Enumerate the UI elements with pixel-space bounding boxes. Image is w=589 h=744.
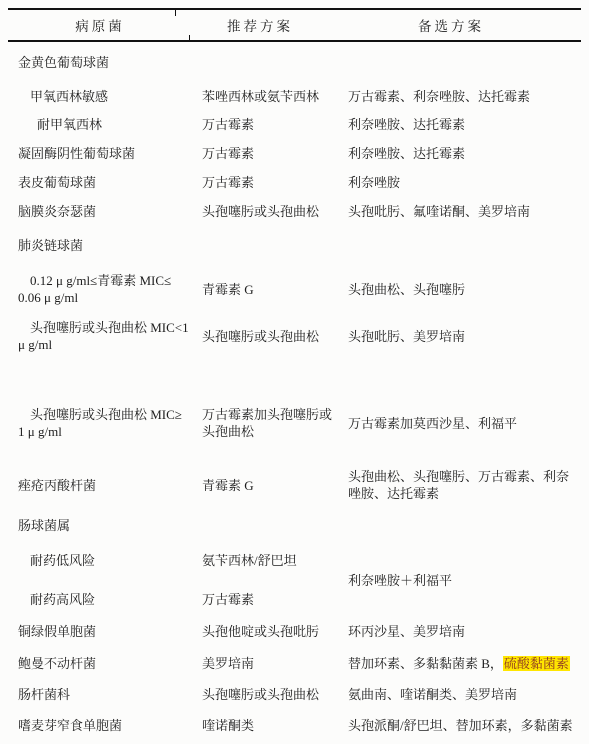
pathogen-cell: 凝固酶阴性葡萄球菌 [18, 145, 202, 162]
table-row: 脑膜炎奈瑟菌 头孢噻肟或头孢曲松 头孢吡肟、氟喹诺酮、美罗培南 [18, 203, 589, 220]
pathogen-cell: 头孢噻肟或头孢曲松 MIC<1 μ g/ml [18, 319, 202, 353]
table-row: 头孢噻肟或头孢曲松 MIC<1 μ g/ml 头孢噻肟或头孢曲松 头孢吡肟、美罗… [18, 319, 589, 353]
pathogen-cell: 肠球菌属 [18, 517, 202, 534]
table-header-bottom-rule [8, 40, 581, 42]
recommended-cell: 头孢他啶或头孢吡肟 [202, 623, 348, 640]
pathogen-cell: 耐甲氧西林 [18, 116, 202, 133]
table-header-row: 病原菌 推荐方案 备选方案 [8, 10, 581, 40]
table-row: 耐甲氧西林 万古霉素 利奈唑胺、达托霉素 [18, 116, 589, 133]
pathogen-cell: 表皮葡萄球菌 [18, 174, 202, 191]
alternative-cell: 头孢曲松、头孢噻肟 [348, 281, 585, 298]
table-row: 凝固酶阴性葡萄球菌 万古霉素 利奈唑胺、达托霉素 [18, 145, 589, 162]
alternative-cell: 利奈唑胺、达托霉素 [348, 145, 585, 162]
alternative-cell: 头孢派酮/舒巴坦、替加环素，多黏菌素 [348, 717, 585, 734]
recommended-cell: 万古霉素 [202, 145, 348, 162]
table-row: 表皮葡萄球菌 万古霉素 利奈唑胺 [18, 174, 589, 191]
pathogen-cell: 嗜麦芽窄食单胞菌 [18, 717, 202, 734]
recommended-cell: 青霉素 G [202, 477, 348, 494]
pathogen-cell: 头孢噻肟或头孢曲松 MIC≥ 1 μ g/ml [18, 406, 202, 440]
column-divider-tick [189, 35, 190, 41]
recommended-cell: 头孢噻肟或头孢曲松 [202, 328, 348, 345]
recommended-cell: 氨苄西林/舒巴坦 [202, 552, 348, 569]
alternative-cell: 万古霉素加莫西沙星、利福平 [348, 415, 585, 432]
recommended-cell: 头孢噻肟或头孢曲松 [202, 686, 348, 703]
alternative-cell: 氨曲南、喹诺酮类、美罗培南 [348, 686, 585, 703]
table-row: 甲氧西林敏感 苯唑西林或氨苄西林 万古霉素、利奈唑胺、达托霉素 [18, 88, 589, 105]
alternative-cell-merged: 利奈唑胺＋利福平 [348, 572, 585, 589]
table-row: 铜绿假单胞菌 头孢他啶或头孢吡肟 环丙沙星、美罗培南 [18, 623, 589, 640]
recommended-cell: 万古霉素 [202, 174, 348, 191]
recommended-cell: 万古霉素 [202, 591, 348, 608]
pathogen-cell: 铜绿假单胞菌 [18, 623, 202, 640]
alternative-text: 替加环素、多黏黏菌素 B， [348, 656, 503, 671]
pathogen-cell: 脑膜炎奈瑟菌 [18, 203, 202, 220]
recommended-cell: 万古霉素 [202, 116, 348, 133]
recommended-cell: 头孢噻肟或头孢曲松 [202, 203, 348, 220]
recommended-cell: 美罗培南 [202, 655, 348, 672]
pathogen-cell: 肠杆菌科 [18, 686, 202, 703]
pathogen-cell: 甲氧西林敏感 [18, 88, 202, 105]
table-row: 嗜麦芽窄食单胞菌 喹诺酮类 头孢派酮/舒巴坦、替加环素，多黏菌素 [18, 717, 589, 734]
recommended-cell: 喹诺酮类 [202, 717, 348, 734]
table-row: 痤疮丙酸杆菌 青霉素 G 头孢曲松、头孢噻肟、万古霉素、利奈 唑胺、达托霉素 [18, 468, 589, 502]
document-page: 病原菌 推荐方案 备选方案 金黄色葡萄球菌 甲氧西林敏感 苯唑西林或氨苄西林 万… [0, 0, 589, 744]
pathogen-cell: 痤疮丙酸杆菌 [18, 477, 202, 494]
table-row: 金黄色葡萄球菌 [18, 54, 589, 71]
alternative-cell: 环丙沙星、美罗培南 [348, 623, 585, 640]
table-row: 耐药低风险 氨苄西林/舒巴坦 [18, 552, 348, 569]
pathogen-cell: 肺炎链球菌 [18, 237, 202, 254]
recommended-cell: 万古霉素加头孢噻肟或 头孢曲松 [202, 406, 348, 440]
pathogen-cell: 0.12 μ g/ml≤青霉素 MIC≤ 0.06 μ g/ml [18, 272, 202, 306]
pathogen-cell: 耐药高风险 [18, 591, 202, 608]
table-row: 0.12 μ g/ml≤青霉素 MIC≤ 0.06 μ g/ml 青霉素 G 头… [18, 272, 589, 306]
alternative-cell: 利奈唑胺、达托霉素 [348, 116, 585, 133]
table-row: 肺炎链球菌 [18, 237, 589, 254]
alternative-cell: 替加环素、多黏黏菌素 B，硫酸黏菌素 [348, 655, 585, 672]
enterococcus-risk-group: 耐药低风险 氨苄西林/舒巴坦 耐药高风险 万古霉素 利奈唑胺＋利福平 [18, 552, 589, 608]
pathogen-cell: 耐药低风险 [18, 552, 202, 569]
alternative-cell: 万古霉素、利奈唑胺、达托霉素 [348, 88, 585, 105]
column-header-recommended: 推荐方案 [227, 15, 293, 35]
pathogen-cell: 金黄色葡萄球菌 [18, 54, 202, 71]
pathogen-cell: 鲍曼不动杆菌 [18, 655, 202, 672]
table-row: 肠球菌属 [18, 517, 589, 534]
alternative-cell: 头孢吡肟、氟喹诺酮、美罗培南 [348, 203, 585, 220]
alternative-cell: 利奈唑胺 [348, 174, 585, 191]
highlight-mark: 硫酸黏菌素 [503, 656, 570, 671]
alternative-cell: 头孢曲松、头孢噻肟、万古霉素、利奈 唑胺、达托霉素 [348, 468, 585, 502]
table-row: 头孢噻肟或头孢曲松 MIC≥ 1 μ g/ml 万古霉素加头孢噻肟或 头孢曲松 … [18, 406, 589, 440]
table-row: 耐药高风险 万古霉素 [18, 591, 348, 608]
column-header-alternative: 备选方案 [418, 15, 484, 35]
table-row: 肠杆菌科 头孢噻肟或头孢曲松 氨曲南、喹诺酮类、美罗培南 [18, 686, 589, 703]
table-row: 鲍曼不动杆菌 美罗培南 替加环素、多黏黏菌素 B，硫酸黏菌素 [18, 655, 589, 672]
column-header-pathogen: 病原菌 [75, 15, 125, 35]
recommended-cell: 青霉素 G [202, 281, 348, 298]
alternative-cell: 头孢吡肟、美罗培南 [348, 328, 585, 345]
recommended-cell: 苯唑西林或氨苄西林 [202, 88, 348, 105]
